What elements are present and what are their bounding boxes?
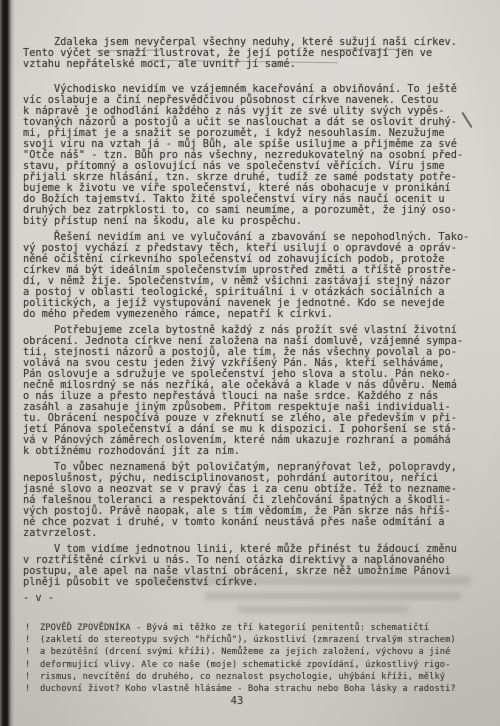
body-paragraph-4: Potřebujeme zcela bytostně každý z nás p… — [23, 325, 486, 457]
section-separator: - v - — [23, 593, 486, 604]
page-content: Zdaleka jsem nevyčerpal všechny neduhy, … — [23, 37, 486, 604]
footnote-line: ! deformující vlivy. Ale co naše (moje) … — [25, 659, 490, 671]
footnote-line: ! rismus, nevcítění do druhého, co nezna… — [25, 671, 490, 683]
footnote-text: deformující vlivy. Ale co naše (moje) sc… — [40, 659, 450, 671]
exclamation-marker: ! — [25, 683, 40, 695]
page-number: 43 — [0, 695, 487, 707]
body-paragraph-1: Zdaleka jsem nevyčerpal všechny neduhy, … — [23, 37, 486, 70]
exclamation-marker: ! — [25, 634, 40, 646]
footnote-line: ! a bezútěšní (drcení svými kříži). Nemů… — [25, 646, 490, 658]
footnote-block: ! ZPOVĚĎ ZPOVĚDNÍKA - Bývá mi těžko ze t… — [25, 622, 490, 695]
footnote-text: duchovní život? Koho vlastně hlásáme - B… — [40, 683, 456, 695]
footnote-text: a bezútěšní (drcení svými kříži). Nemůže… — [40, 646, 450, 658]
bleed-through-smudge — [238, 606, 408, 613]
footnote-line: ! (zakletí do stereotypu svých "hříchů")… — [25, 634, 490, 646]
exclamation-marker: ! — [25, 622, 40, 634]
exclamation-marker: ! — [25, 646, 40, 658]
exclamation-marker: ! — [25, 659, 40, 671]
footnote-line: ! duchovní život? Koho vlastně hlásáme -… — [25, 683, 490, 695]
body-paragraph-3: Řešení nevidím ani ve vylučování a zbavo… — [23, 232, 486, 320]
exclamation-marker: ! — [25, 671, 40, 683]
footnote-line: ! ZPOVĚĎ ZPOVĚDNÍKA - Bývá mi těžko ze t… — [25, 622, 490, 634]
body-paragraph-5: To vůbec neznamená být polovičatým, nepr… — [23, 462, 486, 539]
footnote-text: (zakletí do stereotypu svých "hříchů"), … — [40, 634, 456, 646]
footnote-text: rismus, nevcítění do druhého, co neznalo… — [40, 671, 445, 683]
body-paragraph-6: V tom vidíme jednotnou linii, které může… — [23, 544, 486, 588]
footnote-text: ZPOVĚĎ ZPOVĚDNÍKA - Bývá mi těžko ze tří… — [40, 622, 429, 634]
scan-edge-shadow — [0, 0, 15, 726]
scanned-page: Zdaleka jsem nevyčerpal všechny neduhy, … — [0, 0, 500, 726]
body-paragraph-2: Východisko nevidím ve vzájemném kaceřová… — [23, 84, 486, 227]
